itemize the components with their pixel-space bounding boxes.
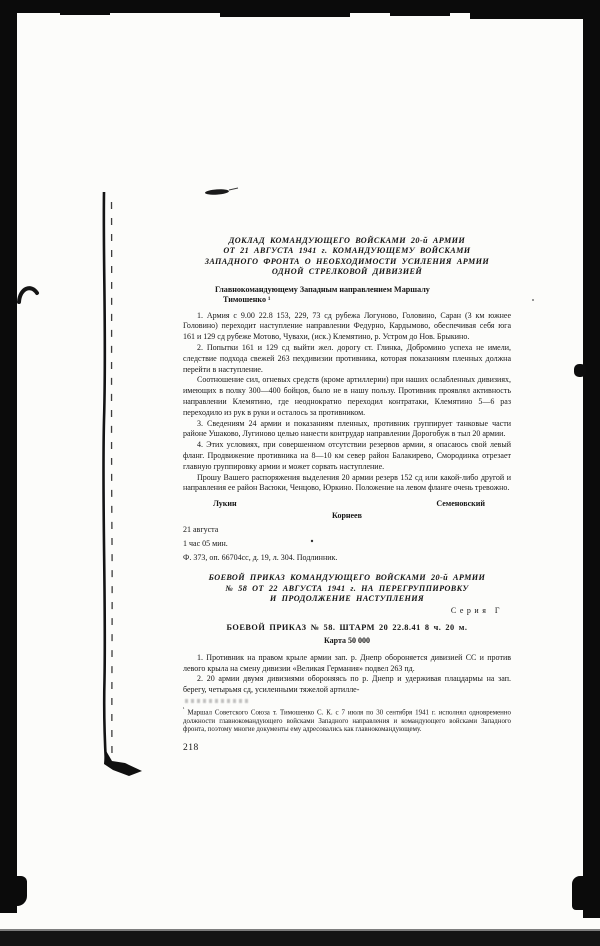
paragraph: 3. Сведениям 24 армии и показаниям пленн… [183, 419, 511, 441]
map-scale-line: Карта 50 000 [183, 636, 511, 647]
smudge-mark [205, 189, 229, 196]
series-label: Серия Г [183, 606, 503, 617]
time-line: 1 час 05 мин. [183, 539, 511, 550]
paragraph: 2. 20 армии двумя дивизиями обороняясь п… [183, 674, 511, 696]
paragraph: 1. Противник на правом крыле армии зап. … [183, 653, 511, 675]
scan-edge-right [583, 0, 600, 918]
ink-blot [104, 749, 142, 776]
addressee-line: Главнокомандующему Западным направлением… [215, 285, 511, 295]
signature-right: Семеновский [436, 499, 485, 510]
scanned-book-page: { "colors": { "page_bg": "#fcfcfa", "ink… [0, 0, 600, 946]
signature-row: Лукин Семеновский [183, 499, 511, 510]
doc1-title-line: ОТ 21 АВГУСТА 1941 г. КОМАНДУЮЩЕМУ ВОЙСК… [183, 246, 511, 256]
scan-edge-tooth [390, 13, 450, 16]
doc2-title-line: И ПРОДОЛЖЕНИЕ НАСТУПЛЕНИЯ [183, 594, 511, 604]
signature-center: Корнеев [183, 511, 511, 522]
footnote-text: Маршал Советского Союза т. Тимошенко С. … [183, 709, 511, 733]
footnote: ¹ Маршал Советского Союза т. Тимошенко С… [183, 707, 511, 735]
footnote-marker: ¹ [183, 709, 185, 716]
order-heading: БОЕВОЙ ПРИКАЗ № 58. ШТАРМ 20 22.8.41 8 ч… [183, 623, 511, 634]
scan-edge-tooth [60, 13, 110, 15]
date-line: 21 августа [183, 525, 511, 536]
spine-crease-line-secondary [112, 202, 113, 756]
clipped-text-remnant [185, 699, 249, 703]
hook-mark [19, 288, 37, 302]
doc2-title-line: № 58 ОТ 22 АВГУСТА 1941 г. НА ПЕРЕГРУППИ… [183, 584, 511, 594]
addressee-line: Тимошенко ¹ [223, 295, 511, 305]
scan-edge-left [0, 0, 17, 913]
paragraph: Соотношение сил, огневых средств (кроме … [183, 375, 511, 418]
doc1-title-line: ОДНОЙ СТРЕЛКОВОЙ ДИВИЗИЕЙ [183, 267, 511, 277]
paragraph: Прошу Вашего распоряжения выделения 20 а… [183, 473, 511, 495]
smudge-tail [229, 188, 238, 190]
paragraph: 4. Этих условиях, при совершенном отсутс… [183, 440, 511, 472]
paragraph: 2. Попытки 161 и 129 сд выйти жел. дорог… [183, 343, 511, 375]
doc1-title-line: ДОКЛАД КОМАНДУЮЩЕГО ВОЙСКАМИ 20-й АРМИИ [183, 236, 511, 246]
paragraph: 1. Армия с 9.00 22.8 153, 229, 73 сд руб… [183, 311, 511, 343]
signature-left: Лукин [213, 499, 237, 510]
page-number: 218 [183, 743, 511, 754]
scan-edge-tooth [220, 13, 350, 17]
doc1-title: ДОКЛАД КОМАНДУЮЩЕГО ВОЙСКАМИ 20-й АРМИИ … [183, 236, 511, 278]
scan-corner-blob-right [572, 876, 600, 910]
spine-crease-line [103, 192, 106, 764]
scan-corner-blob-left [0, 876, 27, 906]
scan-edge-bottom [0, 929, 600, 946]
doc2-title-line: БОЕВОЙ ПРИКАЗ КОМАНДУЮЩЕГО ВОЙСКАМИ 20-й… [183, 573, 511, 583]
doc1-body: 1. Армия с 9.00 22.8 153, 229, 73 сд руб… [183, 311, 511, 495]
page-content: ДОКЛАД КОМАНДУЮЩЕГО ВОЙСКАМИ 20-й АРМИИ … [183, 236, 511, 754]
doc2-title: БОЕВОЙ ПРИКАЗ КОМАНДУЮЩЕГО ВОЙСКАМИ 20-й… [183, 573, 511, 604]
speck [532, 299, 534, 301]
addressee-block: Главнокомандующему Западным направлением… [183, 285, 511, 305]
scan-edge-tooth [470, 0, 600, 19]
doc2-body: 1. Противник на правом крыле армии зап. … [183, 653, 511, 696]
doc1-title-line: ЗАПАДНОГО ФРОНТА О НЕОБХОДИМОСТИ УСИЛЕНИ… [183, 257, 511, 267]
archive-reference: Ф. 373, оп. 66704сс, д. 19, л. 304. Подл… [183, 553, 511, 564]
